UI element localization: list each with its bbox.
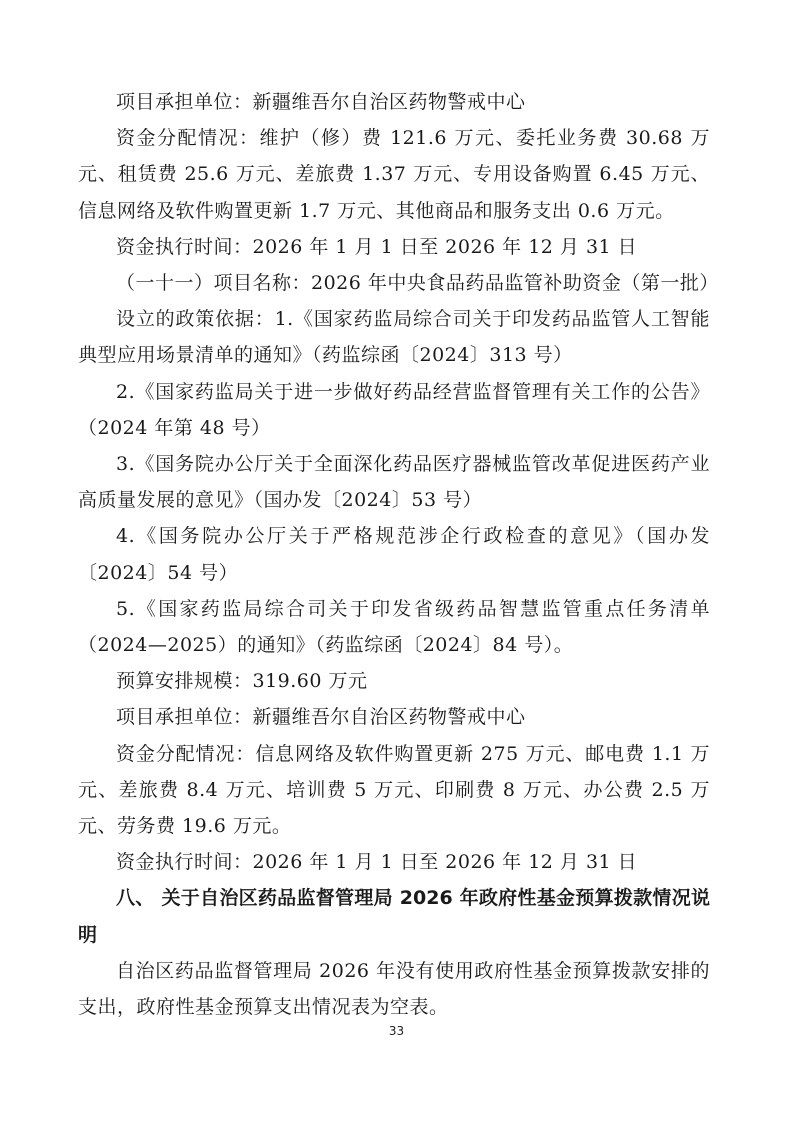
paragraph-execution-time-2: 资金执行时间：2026 年 1 月 1 日至 2026 年 12 月 31 日: [78, 844, 710, 880]
paragraph-execution-time-1: 资金执行时间：2026 年 1 月 1 日至 2026 年 12 月 31 日: [78, 229, 710, 265]
paragraph-project-unit-2: 项目承担单位：新疆维吾尔自治区药物警戒中心: [78, 699, 710, 735]
paragraph-fund-allocation-1: 资金分配情况：维护（修）费 121.6 万元、委托业务费 30.68 万元、租赁…: [78, 120, 710, 229]
document-body: 项目承担单位：新疆维吾尔自治区药物警戒中心 资金分配情况：维护（修）费 121.…: [78, 84, 710, 1025]
paragraph-project-unit-1: 项目承担单位：新疆维吾尔自治区药物警戒中心: [78, 84, 710, 120]
paragraph-policy-basis-2: 2.《国家药监局关于进一步做好药品经营监督管理有关工作的公告》（2024 年第 …: [78, 374, 710, 446]
paragraph-budget-scale: 预算安排规模：319.60 万元: [78, 663, 710, 699]
paragraph-policy-basis-4: 4.《国务院办公厅关于严格规范涉企行政检查的意见》（国办发〔2024〕54 号）: [78, 518, 710, 590]
paragraph-policy-basis-5: 5.《国家药监局综合司关于印发省级药品智慧监管重点任务清单（2024—2025）…: [78, 591, 710, 663]
paragraph-gov-fund-statement: 自治区药品监督管理局 2026 年没有使用政府性基金预算拨款安排的支出，政府性基…: [78, 953, 710, 1025]
page-number: 33: [0, 1024, 793, 1038]
paragraph-fund-allocation-2: 资金分配情况：信息网络及软件购置更新 275 万元、邮电费 1.1 万元、差旅费…: [78, 736, 710, 845]
section-heading-8: 八、 关于自治区药品监督管理局 2026 年政府性基金预算拨款情况说明: [78, 880, 710, 952]
paragraph-policy-basis-1: 设立的政策依据：1.《国家药监局综合司关于印发药品监管人工智能典型应用场景清单的…: [78, 301, 710, 373]
paragraph-project-name-11: （一十一）项目名称：2026 年中央食品药品监管补助资金（第一批）: [78, 265, 710, 301]
paragraph-policy-basis-3: 3.《国务院办公厅关于全面深化药品医疗器械监管改革促进医药产业高质量发展的意见》…: [78, 446, 710, 518]
